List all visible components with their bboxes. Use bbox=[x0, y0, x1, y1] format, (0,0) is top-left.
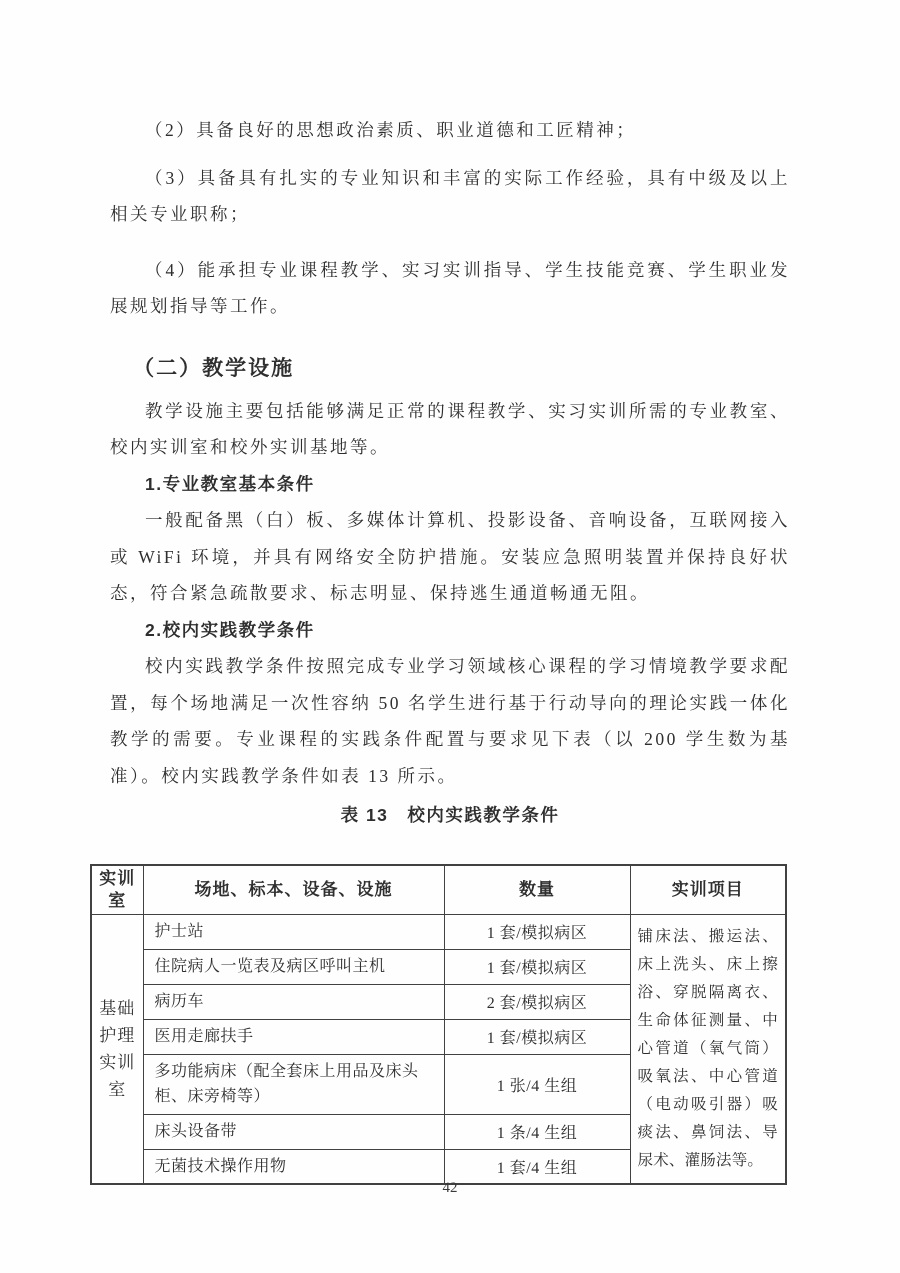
paragraph-4: （4）能承担专业课程教学、实习实训指导、学生技能竞赛、学生职业发展规划指导等工作… bbox=[110, 252, 790, 325]
quantity-cell: 1 套/模拟病区 bbox=[444, 1019, 630, 1054]
item-cell: 多功能病床（配全套床上用品及床头柜、床旁椅等） bbox=[143, 1054, 444, 1114]
quantity-cell: 1 套/模拟病区 bbox=[444, 949, 630, 984]
header-room: 实训室 bbox=[91, 865, 143, 915]
room-cell: 基础护理实训室 bbox=[91, 915, 143, 1185]
document-page: （2）具备良好的思想政治素质、职业道德和工匠精神； （3）具备具有扎实的专业知识… bbox=[0, 0, 900, 1273]
item-cell: 护士站 bbox=[143, 915, 444, 950]
item-cell: 病历车 bbox=[143, 984, 444, 1019]
header-site-equipment: 场地、标本、设备、设施 bbox=[143, 865, 444, 915]
item-cell: 床头设备带 bbox=[143, 1114, 444, 1149]
item-cell: 无菌技术操作用物 bbox=[143, 1149, 444, 1184]
table-row: 基础护理实训室护士站1 套/模拟病区铺床法、搬运法、床上洗头、床上擦浴、穿脱隔离… bbox=[91, 915, 786, 950]
quantity-cell: 1 套/模拟病区 bbox=[444, 915, 630, 950]
paragraph-3: （3）具备具有扎实的专业知识和丰富的实际工作经验，具有中级及以上相关专业职称； bbox=[110, 160, 790, 233]
practice-conditions-table: 实训室 场地、标本、设备、设施 数量 实训项目 基础护理实训室护士站1 套/模拟… bbox=[90, 864, 787, 1185]
header-quantity: 数量 bbox=[444, 865, 630, 915]
item-cell: 住院病人一览表及病区呼叫主机 bbox=[143, 949, 444, 984]
practice-table-body: 基础护理实训室护士站1 套/模拟病区铺床法、搬运法、床上洗头、床上擦浴、穿脱隔离… bbox=[91, 915, 786, 1185]
subsection-1-title: 1.专业教室基本条件 bbox=[110, 466, 790, 503]
quantity-cell: 1 套/4 生组 bbox=[444, 1149, 630, 1184]
quantity-cell: 1 条/4 生组 bbox=[444, 1114, 630, 1149]
table-header-row: 实训室 场地、标本、设备、设施 数量 实训项目 bbox=[91, 865, 786, 915]
header-projects: 实训项目 bbox=[630, 865, 786, 915]
subsection-2-title: 2.校内实践教学条件 bbox=[110, 612, 790, 649]
quantity-cell: 2 套/模拟病区 bbox=[444, 984, 630, 1019]
section-intro: 教学设施主要包括能够满足正常的课程教学、实习实训所需的专业教室、校内实训室和校外… bbox=[110, 393, 790, 466]
projects-cell: 铺床法、搬运法、床上洗头、床上擦浴、穿脱隔离衣、生命体征测量、中心管道（氧气筒）… bbox=[630, 915, 786, 1185]
section-heading: （二）教学设施 bbox=[110, 347, 790, 391]
subsection-2-body: 校内实践教学条件按照完成专业学习领域核心课程的学习情境教学要求配置，每个场地满足… bbox=[110, 648, 790, 794]
paragraph-2: （2）具备良好的思想政治素质、职业道德和工匠精神； bbox=[110, 112, 790, 149]
page-number: 42 bbox=[0, 1180, 900, 1197]
quantity-cell: 1 张/4 生组 bbox=[444, 1054, 630, 1114]
table-caption: 表 13 校内实践教学条件 bbox=[110, 802, 790, 828]
subsection-1-body: 一般配备黑（白）板、多媒体计算机、投影设备、音响设备，互联网接入或 WiFi 环… bbox=[110, 502, 790, 612]
item-cell: 医用走廊扶手 bbox=[143, 1019, 444, 1054]
